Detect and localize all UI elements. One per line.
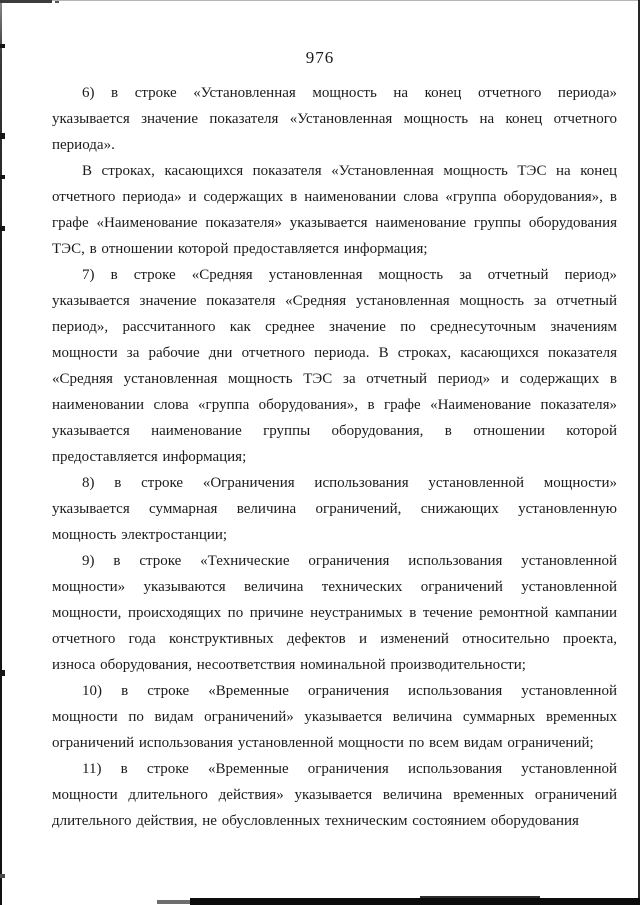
paragraph: 11) в строке «Временные ограничения испо… [52,756,617,834]
scan-tick [0,874,5,878]
text-line: мощности по видам ограничений» указывает… [52,704,617,730]
text-line: периода». [52,132,617,158]
text-line: указывается значение показателя «Установ… [52,106,617,132]
text-line: отчетного периода» и содержащих в наимен… [52,184,617,210]
text-line: 6) в строке «Установленная мощность на к… [52,80,617,106]
text-line: износа оборудования, несоответствия номи… [52,652,617,678]
scan-tick [0,175,5,179]
text-line: мощность электростанции; [52,522,617,548]
text-line: 11) в строке «Временные ограничения испо… [52,756,617,782]
text-line: мощности» указываются величина техническ… [52,574,617,600]
scan-corner-mark [0,0,52,3]
paragraph: 10) в строке «Временные ограничения испо… [52,678,617,756]
text-line: графе «Наименование показателя» указывае… [52,210,617,236]
scan-tick [0,133,5,139]
text-line: предоставляется информация; [52,444,617,470]
text-line: период», рассчитанного как среднее значе… [52,314,617,340]
text-line: длительного действия, не обусловленных т… [52,808,617,834]
scan-corner-dot [55,1,59,3]
scan-tick [0,670,5,676]
text-line: 10) в строке «Временные ограничения испо… [52,678,617,704]
text-line: В строках, касающихся показателя «Устано… [52,158,617,184]
text-line: ТЭС, в отношении которой предоставляется… [52,236,617,262]
text-line: указывается значение показателя «Средняя… [52,288,617,314]
text-line: наименовании слова «группа оборудования»… [52,392,617,418]
text-line: мощности за рабочие дни отчетного период… [52,340,617,366]
text-line: 7) в строке «Средняя установленная мощно… [52,262,617,288]
text-line: мощности длительного действия» указывает… [52,782,617,808]
text-line: отчетного года конструктивных дефектов и… [52,626,617,652]
page-number: 976 [0,48,640,68]
text-line: ограничений использования установленной … [52,730,617,756]
paragraph: 9) в строке «Технические ограничения исп… [52,548,617,678]
paragraph: 8) в строке «Ограничения использования у… [52,470,617,548]
paragraph: 7) в строке «Средняя установленная мощно… [52,262,617,470]
paragraph: В строках, касающихся показателя «Устано… [52,158,617,262]
text-line: 9) в строке «Технические ограничения исп… [52,548,617,574]
text-line: 8) в строке «Ограничения использования у… [52,470,617,496]
text-line: указывается наименование группы оборудов… [52,418,617,444]
scan-edge-top [0,0,640,1]
scan-tick [0,226,5,231]
text-line: мощности, происходящих по причине неустр… [52,600,617,626]
document-page: 976 6) в строке «Установленная мощность … [0,0,640,905]
scan-bottom-band [190,898,640,905]
text-line: «Средняя установленная мощность ТЭС за о… [52,366,617,392]
document-body: 6) в строке «Установленная мощность на к… [52,80,617,834]
paragraph: 6) в строке «Установленная мощность на к… [52,80,617,158]
text-line: указывается суммарная величина ограничен… [52,496,617,522]
